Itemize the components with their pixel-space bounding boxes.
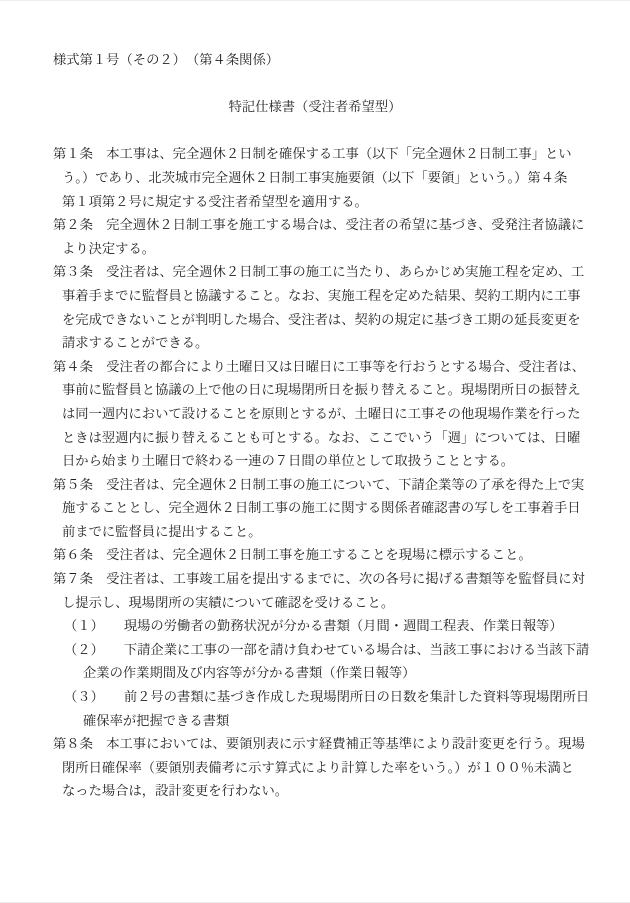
document-line: 事前に監督員と協議の上で他の日に現場閉所日を振り替えること。現場閉所日の振替え [62,378,593,402]
list-item-line: （２） 下請企業に工事の一部を請け負わせている場合は、当該工事における当該下請 [64,638,593,662]
document-line: 第８条 本工事においては、要領別表に示す経費補正等基準により設計変更を行う。現場 [53,732,593,756]
document-line: 請求することができる。 [62,331,593,355]
document-line: ときは翌週内に振り替えることも可とする。なお、ここでいう「週」については、日曜 [62,426,593,450]
document-line: 第１条 本工事は、完全週休２日制を確保する工事（以下「完全週休２日制工事」とい [53,142,593,166]
article-7: 第７条 受注者は、工事竣工届を提出するまでに、次の各号に掲げる書類等を監督員に対… [53,567,593,732]
list-item-line: （３） 前２号の書類に基づき作成した現場閉所日の日数を集計した資料等現場閉所日 [64,685,593,709]
document-line: を完成できないことが判明した場合、受注者は、契約の規定に基づき工期の延長変更を [62,308,593,332]
document-line: 第３条 受注者は、完全週休２日制工事の施工に当たり、あらかじめ実施工程を定め、工 [53,260,593,284]
document-line: なった場合は，設計変更を行わない。 [62,779,593,803]
document-line: 第２条 完全週休２日制工事を施工する場合は、受注者の希望に基づき、受発注者協議に [53,213,593,237]
document-line: 日から始まり土曜日で終わる一連の７日間の単位として取扱うこととする。 [62,449,593,473]
article-8: 第８条 本工事においては、要領別表に示す経費補正等基準により設計変更を行う。現場… [53,732,593,803]
document-line: 第６条 受注者は、完全週休２日制工事を施工することを現場に標示すること。 [53,543,593,567]
document-line: 閉所日確保率（要領別表備考に示す算式により計算した率をいう。）が１００％未満と [62,756,593,780]
document-line: し提示し、現場閉所の実績について確認を受けること。 [62,591,593,615]
document-line: 第１項第２号に規定する受注者希望型を適用する。 [62,190,593,214]
list-item-line: 確保率が把握できる書類 [83,709,593,733]
article-2: 第２条 完全週休２日制工事を施工する場合は、受注者の希望に基づき、受発注者協議に… [53,213,593,260]
document-line: は同一週内において設けることを原則とするが、土曜日に工事その他現場作業を行った [62,402,593,426]
document-line: 施することとし、完全週休２日制工事の施工に関する関係者確認書の写しを工事着手日 [62,496,593,520]
document-line: う。）であり、北茨城市完全週休２日制工事実施要領（以下「要領」という。）第４条 [62,166,593,190]
form-number: 様式第１号（その２） （第４条関係） [53,48,630,72]
document-line: 第７条 受注者は、工事竣工届を提出するまでに、次の各号に掲げる書類等を監督員に対 [53,567,593,591]
list-item-line: （１） 現場の労働者の勤務状況が分かる書類（月間・週間工程表、作業日報等） [64,614,593,638]
spacer [0,72,630,96]
document-page: 様式第１号（その２） （第４条関係） 特記仕様書（受注者希望型） 第１条 本工事… [0,0,630,903]
article-4: 第４条 受注者の都合により土曜日又は日曜日に工事等を行おうとする場合、受注者は、… [53,355,593,473]
list-item-line: 企業の作業期間及び内容等が分かる書類（作業日報等） [83,661,593,685]
document-line: より決定する。 [62,237,593,261]
document-line: 事着手までに監督員と協議すること。なお、実施工程を定めた結果、契約工期内に工事 [62,284,593,308]
article-3: 第３条 受注者は、完全週休２日制工事の施工に当たり、あらかじめ実施工程を定め、工… [53,260,593,354]
page-title: 特記仕様書（受注者希望型） [0,95,630,119]
spacer [0,119,630,143]
article-1: 第１条 本工事は、完全週休２日制を確保する工事（以下「完全週休２日制工事」とい … [53,142,593,213]
document-body: 第１条 本工事は、完全週休２日制を確保する工事（以下「完全週休２日制工事」とい … [53,142,593,803]
article-5: 第５条 受注者は、完全週休２日制工事の施工について、下請企業等の了承を得た上で実… [53,473,593,544]
document-line: 第４条 受注者の都合により土曜日又は日曜日に工事等を行おうとする場合、受注者は、 [53,355,593,379]
article-6: 第６条 受注者は、完全週休２日制工事を施工することを現場に標示すること。 [53,543,593,567]
document-line: 第５条 受注者は、完全週休２日制工事の施工について、下請企業等の了承を得た上で実 [53,473,593,497]
document-line: 前までに監督員に提出すること。 [62,520,593,544]
